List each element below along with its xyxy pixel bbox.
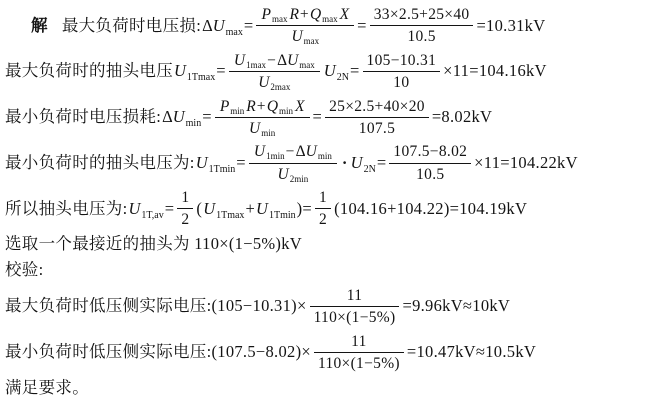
variable-letter: U bbox=[351, 153, 363, 174]
fraction: 105−10.3110 bbox=[363, 51, 441, 93]
math-variable: U1Tmax bbox=[203, 199, 244, 220]
variable-letter: P bbox=[261, 6, 270, 23]
math-variable: U2N bbox=[324, 61, 349, 82]
text-run: 11 bbox=[351, 333, 367, 350]
text-run: ( bbox=[196, 199, 202, 220]
math-variable: U1Tmax bbox=[174, 61, 215, 82]
solution-step-check-max-load: 最大负荷时低压侧实际电压:(105−10.31)×11110×(1−5%)=9.… bbox=[5, 286, 645, 328]
fraction: U1min−ΔUminU2min bbox=[249, 142, 337, 184]
math-variable: Umin bbox=[249, 120, 275, 137]
solution-step-check-min-load: 最小负荷时低压侧实际电压:(107.5−8.02)×11110×(1−5%)=1… bbox=[5, 332, 645, 374]
text-run: − bbox=[286, 143, 295, 160]
text-run: 最小负荷时低压侧实际电压:(107.5−8.02)× bbox=[5, 342, 311, 363]
fraction-denominator: 10 bbox=[363, 72, 441, 92]
text-run: = bbox=[216, 61, 226, 82]
text-run: =8.02kV bbox=[432, 107, 492, 128]
text-run: 校验: bbox=[5, 260, 43, 281]
solution-step-select-tap: 选取一个最接近的抽头为 110×(1−5%)kV bbox=[5, 234, 645, 256]
solution-step-max-voltage-loss: 解最大负荷时电压损:ΔUmax=PmaxR+QmaxXUmax=33×2.5+2… bbox=[31, 5, 645, 47]
variable-letter: U bbox=[256, 199, 268, 220]
fraction-numerator: 1 bbox=[177, 188, 193, 209]
text-run: )= bbox=[297, 199, 312, 220]
fraction-numerator: 11 bbox=[314, 332, 404, 353]
math-variable: U2N bbox=[351, 153, 376, 174]
fraction-denominator: 2 bbox=[315, 209, 331, 229]
fraction-numerator: 25×2.5+40×20 bbox=[325, 97, 429, 118]
variable-letter: X bbox=[295, 98, 304, 115]
subscript: max bbox=[322, 14, 338, 24]
fraction-denominator: U2max bbox=[229, 72, 320, 92]
delta-symbol: Δ bbox=[277, 52, 287, 69]
text-run: 25×2.5+40×20 bbox=[329, 98, 425, 115]
text-run: 10.5 bbox=[407, 28, 435, 45]
fraction-denominator: U2min bbox=[249, 164, 337, 184]
text-run: = bbox=[165, 199, 175, 220]
text-run: + bbox=[245, 199, 255, 220]
variable-letter: U bbox=[203, 199, 215, 220]
fraction-denominator: 110×(1−5%) bbox=[310, 307, 400, 327]
text-run: 选取一个最接近的抽头为 110×(1−5%)kV bbox=[5, 234, 302, 255]
math-variable: ΔUmin bbox=[296, 143, 332, 160]
fraction-numerator: 107.5−8.02 bbox=[389, 142, 471, 163]
variable-letter: U bbox=[324, 61, 336, 82]
variable-letter: U bbox=[278, 166, 289, 183]
math-variable: R bbox=[289, 6, 298, 23]
variable-letter: U bbox=[128, 199, 140, 220]
text-run: ×11=104.22kV bbox=[474, 153, 578, 174]
text-run: = bbox=[202, 107, 212, 128]
text-run: 107.5 bbox=[359, 120, 395, 137]
variable-letter: U bbox=[258, 74, 269, 91]
math-variable: Pmax bbox=[261, 6, 287, 23]
fraction-numerator: 33×2.5+25×40 bbox=[370, 5, 474, 26]
text-run: + bbox=[300, 6, 309, 23]
text-run: = bbox=[236, 153, 246, 174]
fraction-denominator: 10.5 bbox=[370, 26, 474, 46]
text-run: =9.96kV≈10kV bbox=[402, 296, 510, 317]
fraction: PminR+QminXUmin bbox=[215, 97, 310, 139]
text-run: 最大负荷时低压侧实际电压:(105−10.31)× bbox=[5, 296, 307, 317]
variable-letter: U bbox=[234, 52, 245, 69]
fraction: 11110×(1−5%) bbox=[310, 286, 400, 328]
fraction-numerator: 1 bbox=[315, 188, 331, 209]
fraction-numerator: PmaxR+QmaxX bbox=[256, 5, 354, 26]
math-variable: U1min bbox=[254, 143, 285, 160]
subscript: min bbox=[230, 106, 244, 116]
fraction: 25×2.5+40×20107.5 bbox=[325, 97, 429, 139]
variable-letter: Q bbox=[310, 6, 321, 23]
subscript: 1Tmin bbox=[209, 164, 236, 177]
math-variable: U2min bbox=[278, 166, 309, 183]
text-run: (104.16+104.22)=104.19kV bbox=[334, 199, 527, 220]
variable-letter: R bbox=[246, 98, 255, 115]
fraction: 33×2.5+25×4010.5 bbox=[370, 5, 474, 47]
text-run: = bbox=[244, 16, 254, 37]
delta-symbol: Δ bbox=[296, 143, 306, 160]
variable-letter: U bbox=[306, 143, 317, 160]
variable-letter: Q bbox=[267, 98, 278, 115]
variable-letter: U bbox=[196, 153, 208, 174]
math-variable: ΔUmax bbox=[277, 52, 315, 69]
text-run: 最小负荷时电压损耗: bbox=[5, 107, 161, 128]
text-run: 110×(1−5%) bbox=[318, 355, 400, 372]
text-run: 2 bbox=[319, 211, 327, 228]
center-dot: · bbox=[342, 153, 348, 174]
variable-letter: U bbox=[254, 143, 265, 160]
subscript: max bbox=[226, 27, 243, 40]
fraction: 107.5−8.0210.5 bbox=[389, 142, 471, 184]
solution-step-check-label: 校验: bbox=[5, 260, 645, 282]
fraction: U1max−ΔUmaxU2max bbox=[229, 51, 320, 93]
text-run: 1 bbox=[319, 189, 327, 206]
text-run: 107.5−8.02 bbox=[393, 143, 467, 160]
subscript: min bbox=[318, 151, 332, 161]
text-run: 满足要求。 bbox=[5, 378, 89, 399]
text-run: 2 bbox=[181, 211, 189, 228]
subscript: 2max bbox=[270, 82, 290, 92]
fraction-denominator: 10.5 bbox=[389, 164, 471, 184]
math-variable: U1T,av bbox=[128, 199, 163, 220]
variable-letter: X bbox=[340, 6, 349, 23]
text-run: 110×(1−5%) bbox=[314, 309, 396, 326]
math-variable: Umax bbox=[291, 28, 319, 45]
fraction-numerator: U1max−ΔUmax bbox=[229, 51, 320, 72]
text-run: 10.5 bbox=[416, 166, 444, 183]
text-run: + bbox=[257, 98, 266, 115]
fraction-numerator: 11 bbox=[310, 286, 400, 307]
variable-letter: U bbox=[213, 16, 225, 37]
solution-step-conclusion: 满足要求。 bbox=[5, 377, 645, 399]
subscript: max bbox=[299, 60, 315, 70]
text-run: 105−10.31 bbox=[367, 52, 437, 69]
math-variable: U1Tmin bbox=[196, 153, 236, 174]
math-variable: X bbox=[340, 6, 349, 23]
subscript: 1Tmax bbox=[187, 72, 215, 85]
fraction-numerator: U1min−ΔUmin bbox=[249, 142, 337, 163]
text-run: ×11=104.16kV bbox=[443, 61, 547, 82]
fraction: 12 bbox=[177, 188, 193, 230]
variable-letter: U bbox=[174, 61, 186, 82]
text-run: 1 bbox=[181, 189, 189, 206]
solution-step-min-voltage-loss: 最小负荷时电压损耗:ΔUmin=PminR+QminXUmin=25×2.5+4… bbox=[5, 97, 645, 139]
subscript: 1T,av bbox=[141, 210, 163, 223]
math-variable: U1max bbox=[234, 52, 266, 69]
solution-step-max-tap-voltage: 最大负荷时的抽头电压 U1Tmax=U1max−ΔUmaxU2maxU2N=10… bbox=[5, 51, 645, 93]
math-variable: ΔUmax bbox=[202, 16, 243, 37]
fraction-denominator: 107.5 bbox=[325, 118, 429, 138]
math-variable: U2max bbox=[258, 74, 290, 91]
variable-letter: U bbox=[287, 52, 298, 69]
text-run: = bbox=[357, 16, 367, 37]
subscript: 2N bbox=[337, 72, 349, 85]
math-variable: X bbox=[295, 98, 304, 115]
delta-symbol: Δ bbox=[202, 16, 213, 37]
text-run: 33×2.5+25×40 bbox=[374, 6, 470, 23]
fraction: PmaxR+QmaxXUmax bbox=[256, 5, 354, 47]
subscript: 2min bbox=[290, 174, 309, 184]
subscript: max bbox=[272, 14, 288, 24]
subscript: min bbox=[261, 128, 275, 138]
delta-symbol: Δ bbox=[162, 107, 173, 128]
text-run: 最大负荷时电压损: bbox=[62, 16, 201, 37]
fraction: 11110×(1−5%) bbox=[314, 332, 404, 374]
math-variable: ΔUmin bbox=[162, 107, 201, 128]
fraction-denominator: Umax bbox=[256, 26, 354, 46]
subscript: min bbox=[279, 106, 293, 116]
fraction-denominator: Umin bbox=[215, 118, 310, 138]
text-run: 所以抽头电压为: bbox=[5, 199, 127, 220]
solution-step-min-tap-voltage: 最小负荷时的抽头电压为:U1Tmin=U1min−ΔUminU2min·U2N=… bbox=[5, 142, 645, 184]
subscript: 1max bbox=[246, 60, 266, 70]
subscript: min bbox=[186, 118, 202, 131]
fraction-denominator: 110×(1−5%) bbox=[314, 353, 404, 373]
fraction-numerator: 105−10.31 bbox=[363, 51, 441, 72]
subscript: 1Tmin bbox=[269, 210, 296, 223]
subscript: 2N bbox=[364, 164, 376, 177]
solution-document: 解最大负荷时电压损:ΔUmax=PmaxR+QmaxXUmax=33×2.5+2… bbox=[0, 0, 647, 403]
subscript: max bbox=[304, 36, 320, 46]
subscript: 1min bbox=[266, 151, 285, 161]
subscript: 1Tmax bbox=[216, 210, 244, 223]
fraction-numerator: PminR+QminX bbox=[215, 97, 310, 118]
text-run: 11 bbox=[347, 287, 363, 304]
math-variable: R bbox=[246, 98, 255, 115]
solve-label: 解 bbox=[31, 16, 48, 37]
math-variable: Pmin bbox=[220, 98, 244, 115]
variable-letter: U bbox=[173, 107, 185, 128]
fraction-denominator: 2 bbox=[177, 209, 193, 229]
text-run: =10.31kV bbox=[476, 16, 545, 37]
text-run: 最小负荷时的抽头电压为: bbox=[5, 153, 195, 174]
solution-step-average-tap-voltage: 所以抽头电压为:U1T,av=12(U1Tmax+U1Tmin)=12(104.… bbox=[5, 188, 645, 230]
text-run: 最大负荷时的抽头电压 bbox=[5, 61, 173, 82]
math-variable: Qmin bbox=[267, 98, 293, 115]
text-run: 10 bbox=[393, 74, 409, 91]
text-run: = bbox=[313, 107, 323, 128]
variable-letter: U bbox=[291, 28, 302, 45]
variable-letter: U bbox=[249, 120, 260, 137]
math-variable: U1Tmin bbox=[256, 199, 296, 220]
text-run: = bbox=[377, 153, 387, 174]
math-variable: Qmax bbox=[310, 6, 338, 23]
variable-letter: R bbox=[289, 6, 298, 23]
text-run: − bbox=[267, 52, 276, 69]
variable-letter: P bbox=[220, 98, 229, 115]
text-run: = bbox=[350, 61, 360, 82]
fraction: 12 bbox=[315, 188, 331, 230]
text-run: =10.47kV≈10.5kV bbox=[407, 342, 536, 363]
